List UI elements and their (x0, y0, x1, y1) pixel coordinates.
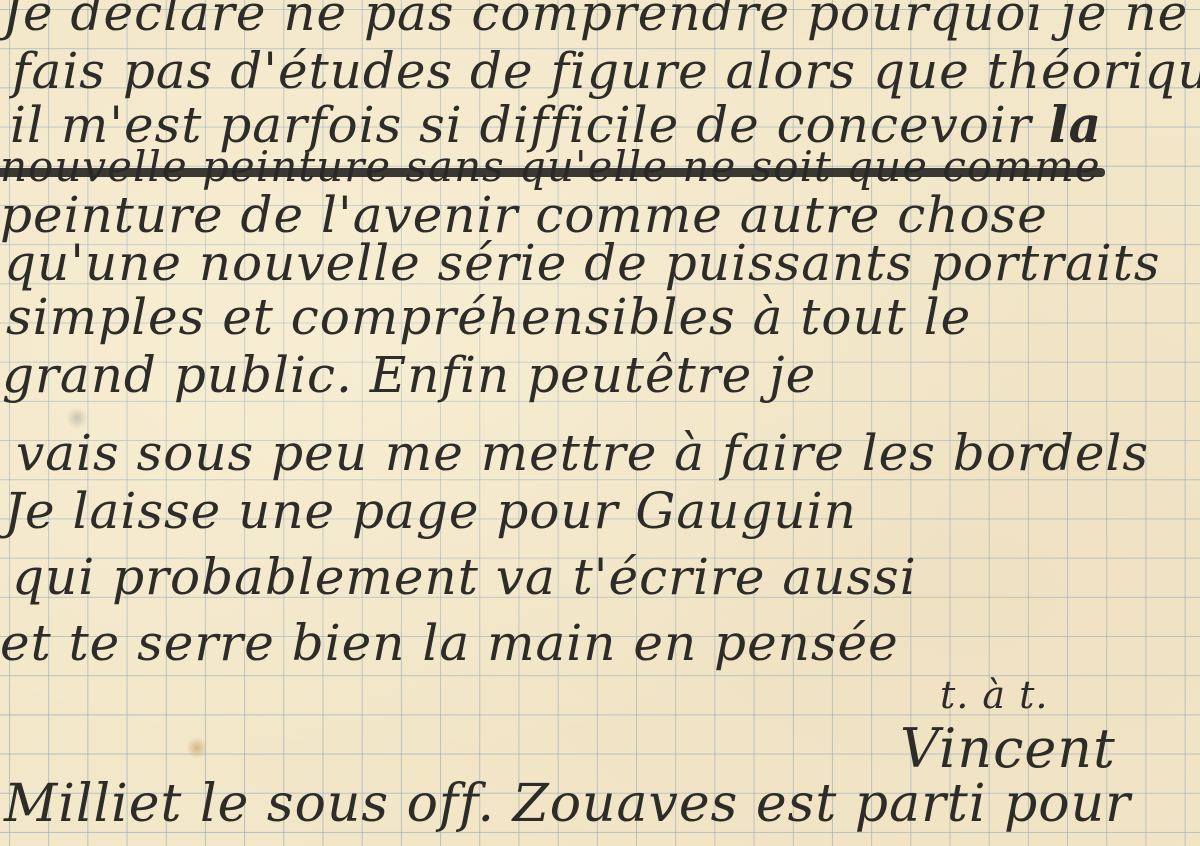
letter-line-9: vais sous peu me mettre à faire les bord… (16, 428, 1149, 478)
letter-line-11: qui probablement va t'écrire aussi (12, 552, 917, 602)
letter-line-10: Je laisse une page pour Gauguin (4, 486, 857, 536)
letter-line-4-struck: nouvelle peinture sans qu'elle ne soit q… (0, 146, 1101, 188)
postscript-line: Milliet le sous off. Zouaves est parti p… (4, 778, 1131, 830)
letter-line-5: peinture de l'avenir comme autre chose (0, 190, 1048, 240)
letter-line-12: et te serre bien la main en pensée (0, 618, 899, 668)
letter-line-2: fais pas d'études de figure alors que th… (12, 46, 1200, 96)
letter-line-1: Je déclare ne pas comprendre pourquoi je… (2, 0, 1188, 38)
struck-text: nouvelle peinture sans qu'elle ne soit q… (0, 146, 1101, 188)
letter-line-6: qu'une nouvelle série de puissants portr… (4, 238, 1161, 288)
letter-line-7: simples et compréhensibles à tout le (6, 292, 971, 342)
closing-salutation: t. à t. (940, 676, 1049, 714)
signature: Vincent (900, 722, 1116, 776)
letter-line-8: grand public. Enfin peutêtre je (2, 350, 816, 400)
ink-stain (186, 737, 208, 759)
